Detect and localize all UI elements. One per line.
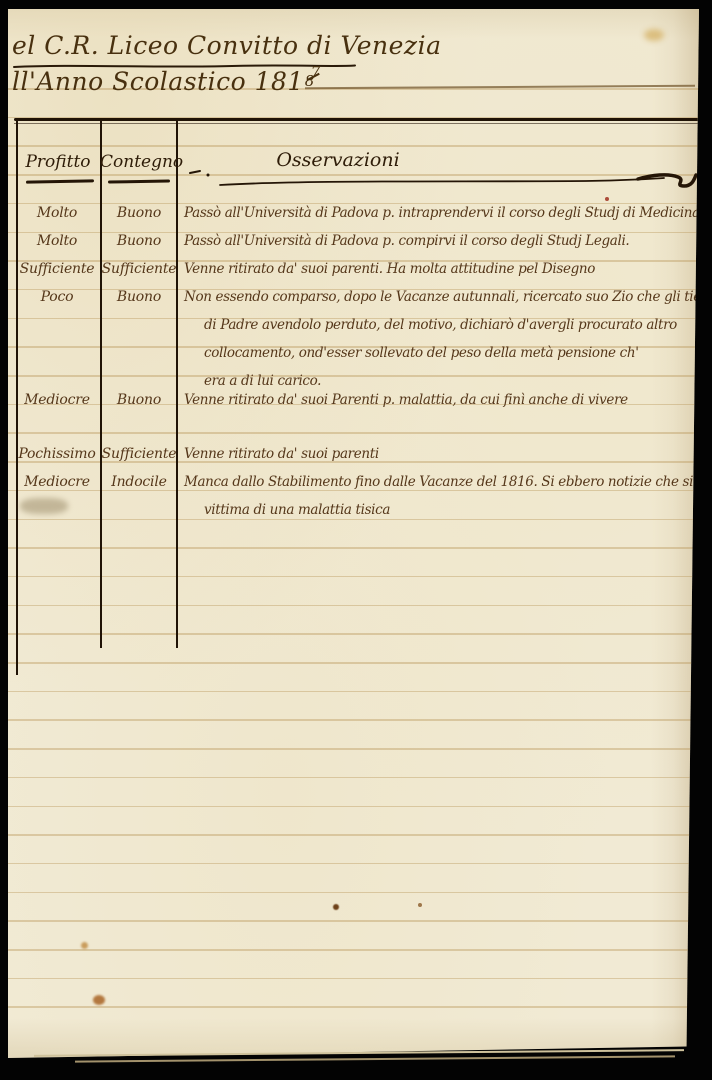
- year-prefix: ll'Anno Scolastico 181: [12, 67, 304, 96]
- osservazioni-line: Passò all'Università di Padova p. compir…: [184, 233, 629, 249]
- ruled-line: [8, 605, 699, 607]
- stain: [605, 197, 609, 201]
- ruled-line: [8, 576, 699, 578]
- osservazioni-line: Manca dallo Stabilimento fino dalle Vaca…: [184, 474, 712, 490]
- profitto-cell: Molto: [14, 233, 100, 249]
- osservazioni-line: di Padre avendolo perduto, del motivo, d…: [204, 317, 677, 333]
- page-edge-line: [75, 1055, 675, 1062]
- header-profitto: Profitto: [16, 152, 100, 172]
- ruled-line: [8, 519, 699, 521]
- osservazioni-line: Non essendo comparso, dopo le Vacanze au…: [184, 289, 712, 305]
- ruled-line: [8, 806, 699, 808]
- osservazioni-line: Venne ritirato da' suoi parenti. Ha molt…: [184, 261, 595, 277]
- ruled-line: [8, 920, 699, 922]
- year-fraction: 78: [306, 67, 320, 87]
- profitto-cell: Pochissimo: [14, 446, 100, 462]
- page-title-line1: el C.R. Liceo Convitto di Venezia: [12, 31, 442, 60]
- osservazioni-line: Passò all'Università di Padova p. intrap…: [184, 205, 700, 221]
- ruled-line: [8, 490, 699, 492]
- contegno-cell: Buono: [100, 233, 178, 249]
- ruled-line: [8, 777, 699, 779]
- contegno-cell: Sufficiente: [100, 261, 178, 277]
- ruled-line: [8, 978, 699, 980]
- ruled-line: [8, 633, 699, 635]
- manuscript-page: el C.R. Liceo Convitto di Venezia ll'Ann…: [8, 9, 699, 1058]
- stain: [93, 995, 105, 1005]
- page-title-line2: ll'Anno Scolastico 18178: [12, 67, 320, 96]
- contegno-cell: Sufficiente: [100, 446, 178, 462]
- column-divider-2: [176, 120, 178, 648]
- ruled-line: [8, 662, 699, 664]
- ruled-line: [8, 863, 699, 865]
- ruled-line: [8, 834, 699, 836]
- scan-background: el C.R. Liceo Convitto di Venezia ll'Ann…: [0, 0, 712, 1080]
- ruled-line: [8, 432, 699, 434]
- ruled-line: [8, 719, 699, 721]
- profitto-cell: Mediocre: [14, 474, 100, 490]
- ruled-line: [8, 547, 699, 549]
- column-divider-1: [100, 120, 102, 648]
- ink-smudge: [20, 498, 68, 514]
- header-underline-contegno: [108, 179, 170, 183]
- osservazioni-line: era a di lui carico.: [204, 373, 321, 389]
- ruled-line: [8, 892, 699, 894]
- profitto-cell: Molto: [14, 205, 100, 221]
- osservazioni-line: vittima di una malattia tisica: [204, 502, 390, 518]
- ruled-line: [8, 145, 699, 147]
- osservazioni-line: Venne ritirato da' suoi parenti: [184, 446, 379, 462]
- ruled-line: [8, 949, 699, 951]
- stain: [333, 904, 339, 910]
- stain: [418, 903, 422, 907]
- ruled-line: [8, 748, 699, 750]
- stain: [644, 29, 664, 41]
- table-top-border-thin: [14, 123, 699, 124]
- profitto-cell: Mediocre: [14, 392, 100, 408]
- contegno-cell: Buono: [100, 205, 178, 221]
- osservazioni-line: Venne ritirato da' suoi Parenti p. malat…: [184, 392, 628, 408]
- table-top-border: [14, 118, 699, 121]
- header-underline-osservazioni: [186, 165, 698, 191]
- stain: [81, 942, 88, 949]
- contegno-cell: Buono: [100, 392, 178, 408]
- ruled-line: [8, 1006, 699, 1008]
- profitto-cell: Sufficiente: [14, 261, 100, 277]
- header-underline-profitto: [26, 179, 94, 183]
- ruled-line: [8, 691, 699, 693]
- header-contegno: Contegno: [100, 152, 176, 172]
- contegno-cell: Buono: [100, 289, 178, 305]
- profitto-cell: Poco: [14, 289, 100, 305]
- contegno-cell: Indocile: [100, 474, 178, 490]
- osservazioni-line: collocamento, ond'esser sollevato del pe…: [204, 345, 639, 361]
- ruled-line: [8, 375, 699, 377]
